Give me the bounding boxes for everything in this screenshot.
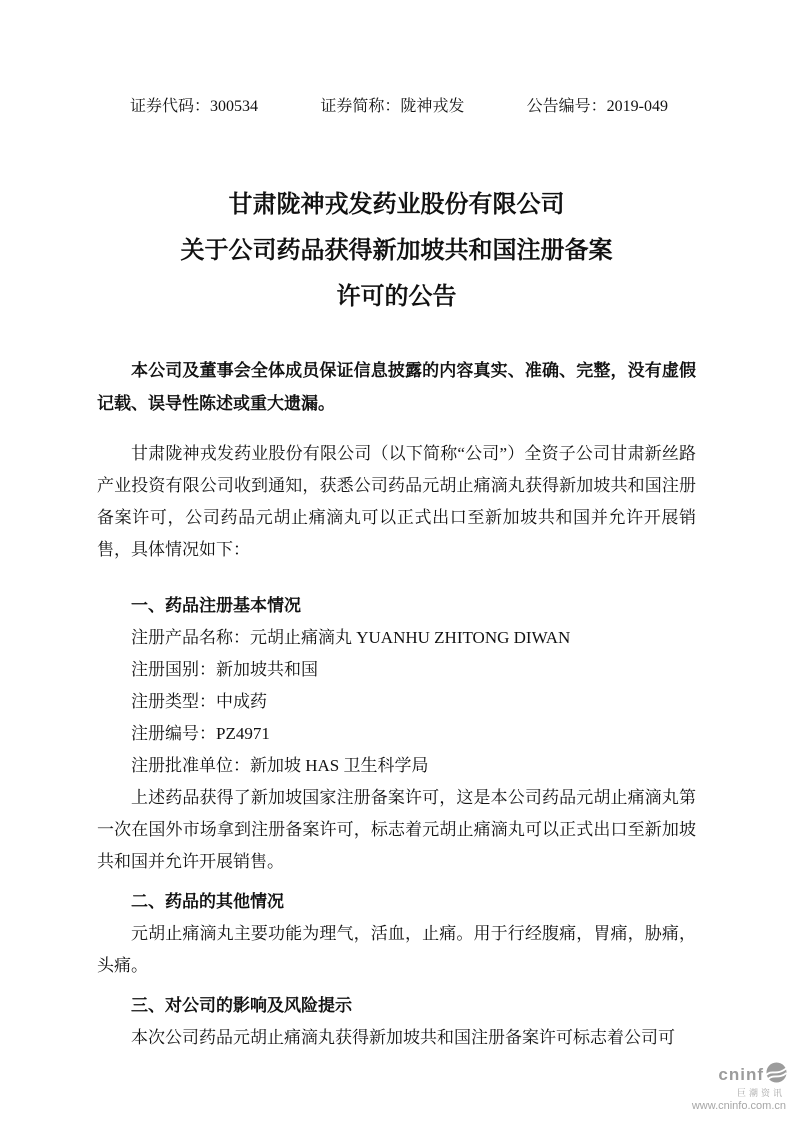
stock-name: 证券简称：陇神戎发 xyxy=(320,96,464,118)
section-registration-info: 一、药品注册基本情况 注册产品名称：元胡止痛滴丸 YUANHU ZHITONG … xyxy=(97,590,696,878)
registration-type: 注册类型：中成药 xyxy=(97,686,696,718)
document-title: 甘肃陇神戎发药业股份有限公司 关于公司药品获得新加坡共和国注册备案 许可的公告 xyxy=(97,182,696,320)
cninfo-logo-row: cninf xyxy=(692,1062,787,1088)
section-1-paragraph: 上述药品获得了新加坡国家注册备案许可，这是本公司药品元胡止痛滴丸第一次在国外市场… xyxy=(97,782,696,878)
cninfo-logo: cninf 巨潮资讯 www.cninfo.com.cn xyxy=(692,1062,787,1112)
cninfo-logo-text: cninf xyxy=(718,1066,764,1085)
registration-authority: 注册批准单位：新加坡 HAS 卫生科学局 xyxy=(97,750,696,782)
cninfo-swirl-icon xyxy=(766,1062,787,1088)
section-2-heading: 二、药品的其他情况 xyxy=(97,886,696,918)
section-other-info: 二、药品的其他情况 元胡止痛滴丸主要功能为理气，活血，止痛。用于行经腹痛，胃痛，… xyxy=(97,886,696,982)
stock-code: 证券代码：300534 xyxy=(130,96,258,118)
title-line-1: 甘肃陇神戎发药业股份有限公司 xyxy=(97,182,696,228)
section-3-heading: 三、对公司的影响及风险提示 xyxy=(97,990,696,1022)
announcement-number: 公告编号：2019-049 xyxy=(527,96,668,118)
intro-paragraph: 甘肃陇神戎发药业股份有限公司（以下简称“公司”）全资子公司甘肃新丝路产业投资有限… xyxy=(97,438,696,566)
section-3-paragraph: 本次公司药品元胡止痛滴丸获得新加坡共和国注册备案许可标志着公司可 xyxy=(97,1022,696,1054)
document-content: 证券代码：300534 证券简称：陇神戎发 公告编号：2019-049 甘肃陇神… xyxy=(0,0,793,1054)
registration-number: 注册编号：PZ4971 xyxy=(97,718,696,750)
cninfo-logo-url: www.cninfo.com.cn xyxy=(692,1100,786,1112)
cninfo-logo-chinese: 巨潮资讯 xyxy=(692,1089,785,1099)
section-impact-risk: 三、对公司的影响及风险提示 本次公司药品元胡止痛滴丸获得新加坡共和国注册备案许可… xyxy=(97,990,696,1054)
title-line-2: 关于公司药品获得新加坡共和国注册备案 xyxy=(97,228,696,274)
registration-country: 注册国别：新加坡共和国 xyxy=(97,654,696,686)
document-page: 证券代码：300534 证券简称：陇神戎发 公告编号：2019-049 甘肃陇神… xyxy=(0,0,793,1122)
title-line-3: 许可的公告 xyxy=(97,274,696,320)
section-1-heading: 一、药品注册基本情况 xyxy=(97,590,696,622)
document-header: 证券代码：300534 证券简称：陇神戎发 公告编号：2019-049 xyxy=(97,96,696,118)
section-2-paragraph: 元胡止痛滴丸主要功能为理气，活血，止痛。用于行经腹痛，胃痛，胁痛，头痛。 xyxy=(97,918,696,982)
disclosure-statement: 本公司及董事会全体成员保证信息披露的内容真实、准确、完整，没有虚假记载、误导性陈… xyxy=(97,354,696,420)
registration-product-name: 注册产品名称：元胡止痛滴丸 YUANHU ZHITONG DIWAN xyxy=(97,622,696,654)
